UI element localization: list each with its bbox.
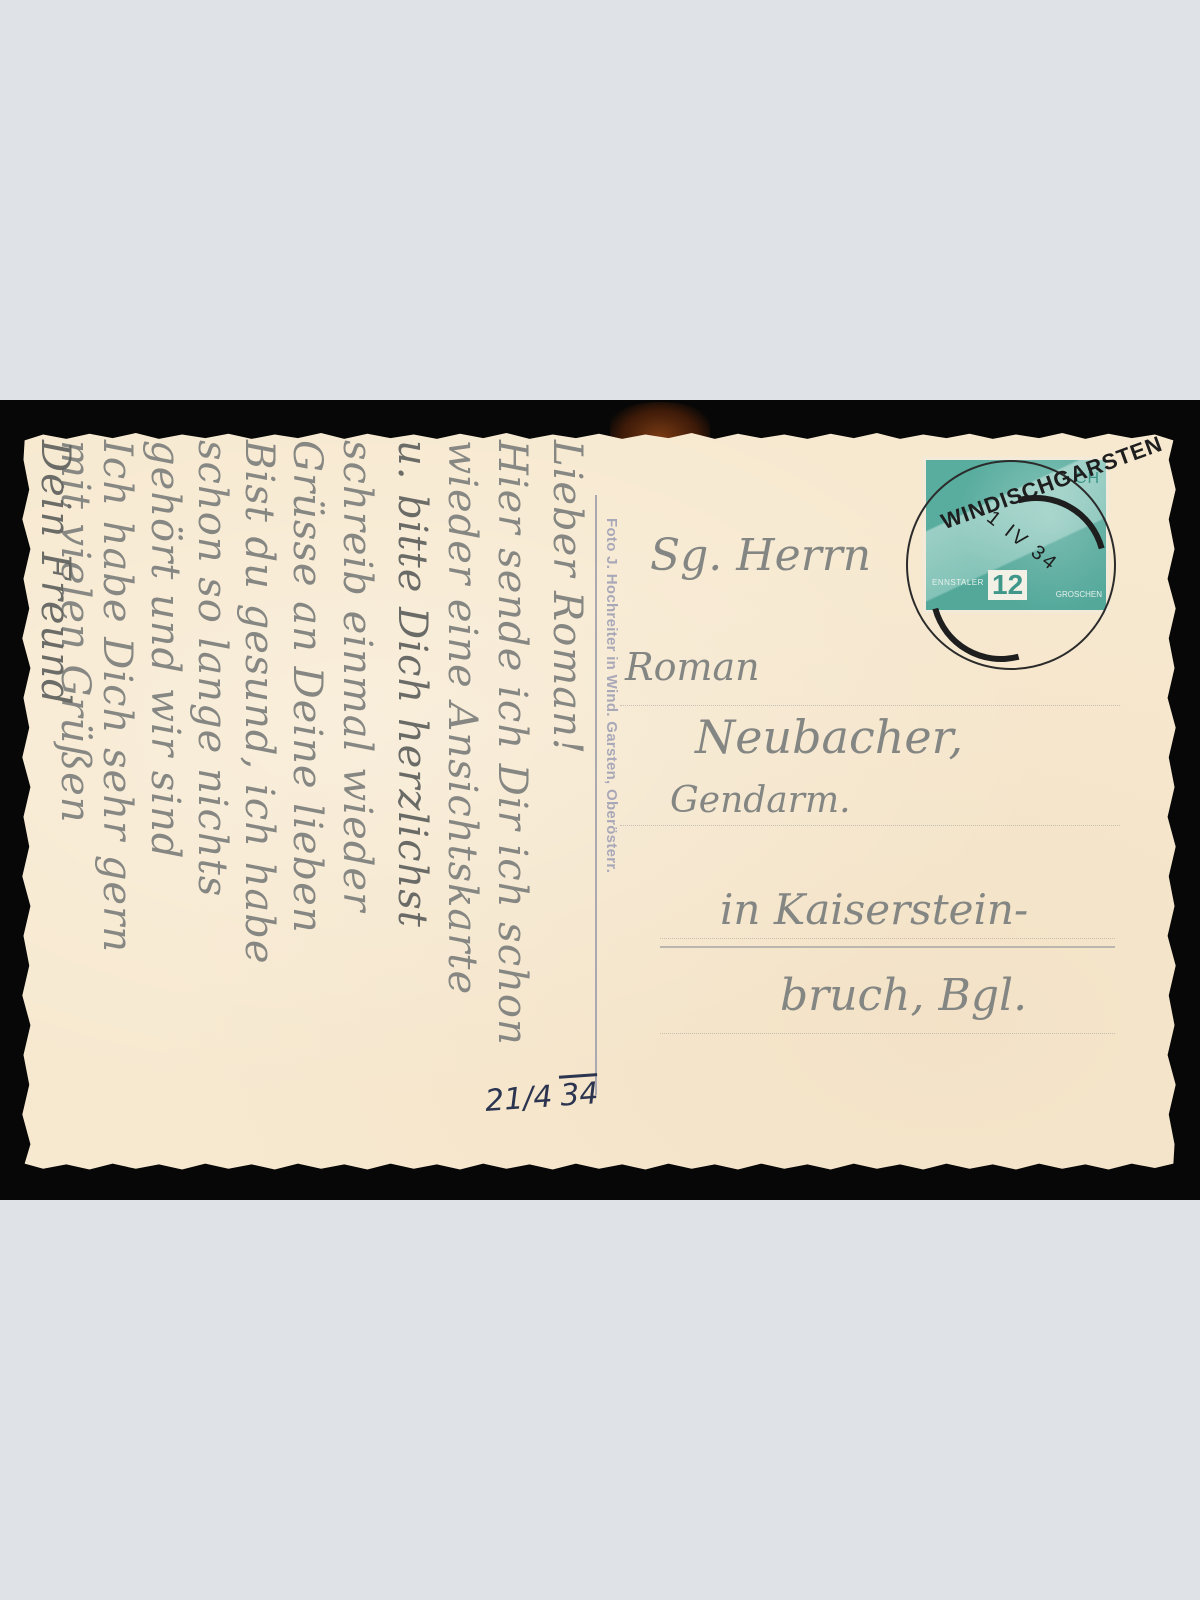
letter-line: u. bitte Dich herzlichst	[385, 440, 435, 1160]
received-year: 34	[559, 1076, 600, 1114]
letter-line: Grüsse an Deine lieben	[280, 440, 330, 1160]
letter-text: Lieber Roman! Hier sende ich Dir ich sch…	[20, 430, 580, 1174]
address-line-title: Gendarm.	[670, 780, 851, 821]
address-line-town: in Kaiserstein-	[720, 885, 1028, 934]
received-day-month: 21/4	[484, 1079, 554, 1119]
letter-line: gehört und wir sind	[138, 440, 188, 1160]
printer-credit: Foto J. Hochreiter in Wind. Garsten, Obe…	[603, 518, 620, 873]
postcard: Lieber Roman! Hier sende ich Dir ich sch…	[20, 430, 1178, 1174]
letter-line: Hier sende ich Dir ich schon	[485, 440, 535, 1160]
address-rule	[660, 1033, 1115, 1034]
center-divider	[595, 495, 597, 1095]
letter-line: Bist du gesund, ich habe	[232, 440, 282, 1160]
letter-line: schon so lange nichts	[185, 440, 235, 1160]
address-line-surname: Neubacher,	[695, 710, 963, 764]
address-line-first-name: Roman	[625, 645, 760, 689]
letter-signoff: Dein Freund	[28, 440, 78, 1160]
address-rule	[660, 938, 1115, 939]
letter-line: wieder eine Ansichtskarte	[435, 440, 485, 1160]
letter-line: schreib einmal wieder	[330, 440, 380, 1160]
address-line-region: bruch, Bgl.	[780, 970, 1027, 1021]
address-rule-double	[660, 946, 1115, 948]
address-rule	[620, 705, 1120, 706]
letter-salutation: Lieber Roman!	[540, 440, 590, 1160]
address-line-salutation: Sg. Herrn	[650, 530, 871, 581]
address-rule	[620, 825, 1120, 826]
